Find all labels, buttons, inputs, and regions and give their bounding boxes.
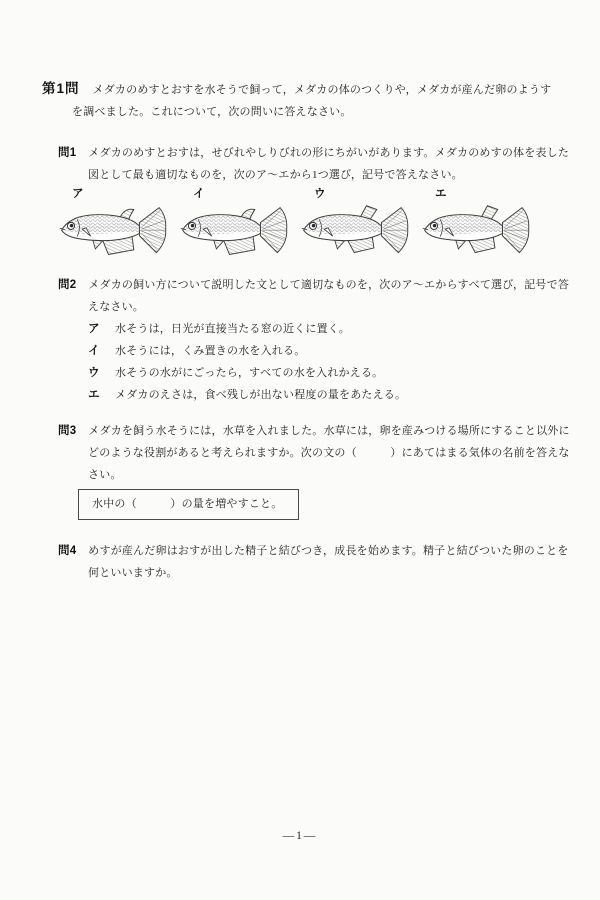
medaka-fish-icon <box>299 202 417 262</box>
option-i-text: 水そうには，くみ置きの水を入れる。 <box>115 345 305 357</box>
section-intro: 第1問メダカのめすとおすを水そうで飼って，メダカの体のつくりや，メダカが産んだ卵… <box>72 78 562 123</box>
option-row: ア水そうは，日光が直接当たる窓の近くに置く。 <box>88 318 600 340</box>
figure-option-a: ア <box>57 187 178 262</box>
figure-option-u: ウ <box>299 187 420 262</box>
figure-option-e: エ <box>420 187 541 262</box>
figure-option-u-label: ウ <box>299 187 420 202</box>
question-4-label: 問4 <box>58 545 76 557</box>
answer-box-wrap: 水中の（ ）の量を増やすこと。 <box>78 489 600 520</box>
option-i-label: イ <box>88 340 115 362</box>
option-a-label: ア <box>88 318 115 340</box>
question-3-text: メダカを飼う水そうには，水草を入れました。水草には，卵を産みつける場所にすること… <box>88 425 570 481</box>
option-u-label: ウ <box>88 362 115 384</box>
medaka-fish-icon <box>57 202 175 262</box>
figure-option-i: イ <box>178 187 299 262</box>
option-row: エメダカのえさは，食べ残しが出ない程度の量をあたえる。 <box>88 384 600 406</box>
option-row: イ水そうには，くみ置きの水を入れる。 <box>88 340 600 362</box>
question-2-text: メダカの飼い方について説明した文として適切なものを，次のア～エからすべて選び，記… <box>88 279 569 313</box>
question-4-text: めすが産んだ卵はおすが出した精子と結びつき，成長を始めます。精子と結びついた卵の… <box>88 545 569 579</box>
question-1-figures: ア イ ウ エ <box>57 187 600 262</box>
figure-option-a-label: ア <box>57 187 178 202</box>
question-3-label: 問3 <box>58 425 76 437</box>
exam-page: 第1問メダカのめすとおすを水そうで飼って，メダカの体のつくりや，メダカが産んだ卵… <box>0 0 600 900</box>
option-row: ウ水そうの水がにごったら，すべての水を入れかえる。 <box>88 362 600 384</box>
medaka-fish-icon <box>178 202 296 262</box>
question-1: 問1メダカのめすとおすは，せびれやしりびれの形にちがいがあります。メダカのめすの… <box>88 142 572 186</box>
page-number: —1— <box>0 825 600 847</box>
question-2-label: 問2 <box>58 279 76 291</box>
question-1-label: 問1 <box>58 147 76 159</box>
question-4: 問4めすが産んだ卵はおすが出した精子と結びつき，成長を始めます。精子と結びついた… <box>88 540 572 584</box>
option-e-label: エ <box>88 384 115 406</box>
option-e-text: メダカのえさは，食べ残しが出ない程度の量をあたえる。 <box>115 389 406 401</box>
question-2-options: ア水そうは，日光が直接当たる窓の近くに置く。 イ水そうには，くみ置きの水を入れる… <box>88 318 600 406</box>
section-intro-text: メダカのめすとおすを水そうで飼って，メダカの体のつくりや，メダカが産んだ卵のよう… <box>72 84 551 118</box>
figure-option-i-label: イ <box>178 187 299 202</box>
section-label: 第1問 <box>42 81 80 96</box>
question-3: 問3メダカを飼う水そうには，水草を入れました。水草には，卵を産みつける場所にする… <box>88 420 572 486</box>
question-1-text: メダカのめすとおすは，せびれやしりびれの形にちがいがあります。メダカのめすの体を… <box>88 147 569 181</box>
question-2: 問2メダカの飼い方について説明した文として適切なものを，次のア～エからすべて選び… <box>88 274 572 318</box>
option-u-text: 水そうの水がにごったら，すべての水を入れかえる。 <box>115 367 383 379</box>
option-a-text: 水そうは，日光が直接当たる窓の近くに置く。 <box>115 323 350 335</box>
figure-option-e-label: エ <box>420 187 541 202</box>
fill-in-answer-box: 水中の（ ）の量を増やすこと。 <box>78 489 299 520</box>
medaka-fish-icon <box>420 202 538 262</box>
